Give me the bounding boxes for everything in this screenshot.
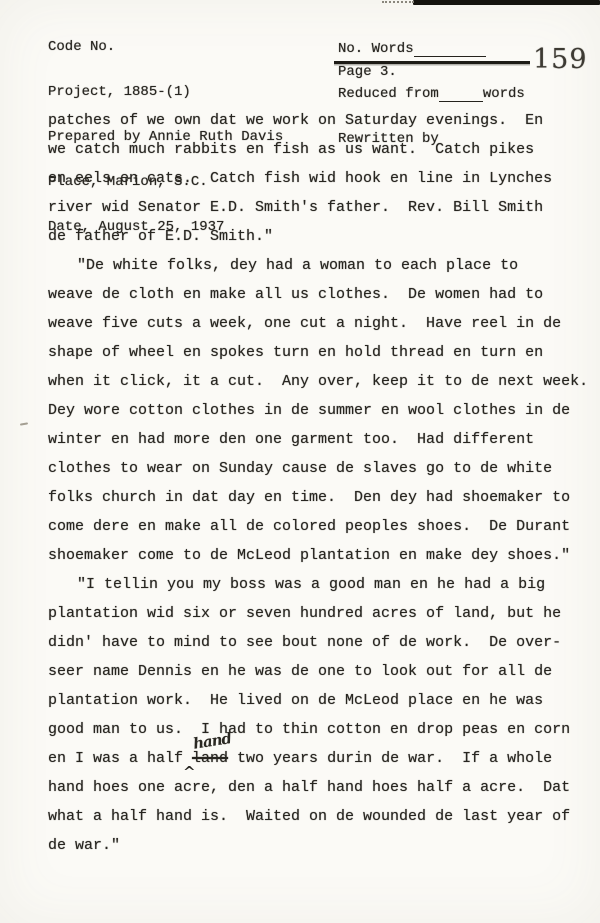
text-line: plantation wid six or seven hundred acre… xyxy=(48,599,593,628)
text-line: weave five cuts a week, one cut a night.… xyxy=(48,309,593,338)
handwritten-correction: hand xyxy=(191,724,233,759)
line-part: en I was a half xyxy=(48,750,192,767)
scan-artifact-margin-dash xyxy=(20,422,28,425)
scan-artifact-top-line xyxy=(413,0,600,5)
text-line: shape of wheel en spokes turn en hold th… xyxy=(48,338,593,367)
reduced-from-suffix: words xyxy=(483,87,525,102)
text-line: what a half hand is. Waited on de wounde… xyxy=(48,802,593,831)
page-label: Page 3. xyxy=(338,65,397,80)
text-line: winter en had more den one garment too. … xyxy=(48,425,593,454)
caret-mark: ^ xyxy=(183,758,196,787)
blank-fill-line xyxy=(414,43,486,57)
correction-wrap: handland^ xyxy=(192,744,228,773)
reduced-from-label: Reduced from xyxy=(338,87,439,102)
text-line: "I tellin you my boss was a good man en … xyxy=(48,570,593,599)
text-line: shoemaker come to de McLeod plantation e… xyxy=(48,541,593,570)
text-line: plantation work. He lived on de McLeod p… xyxy=(48,686,593,715)
text-line: "De white folks, dey had a woman to each… xyxy=(48,251,593,280)
scan-artifact-dotted-line xyxy=(382,1,414,3)
no-words-label: No. Words xyxy=(338,42,414,57)
text-line: when it click, it a cut. Any over, keep … xyxy=(48,367,593,396)
text-line: Dey wore cotton clothes in de summer en … xyxy=(48,396,593,425)
text-line: patches of we own dat we work on Saturda… xyxy=(48,106,593,135)
text-line: good man to us. I had to thin cotton en … xyxy=(48,715,593,744)
header-code-no: Code No. xyxy=(48,40,283,55)
text-line: river wid Senator E.D. Smith's father. R… xyxy=(48,193,593,222)
document-page: Code No. Project, 1885-(1) Prepared by A… xyxy=(0,0,600,923)
page-number-stamp: 159 xyxy=(533,44,588,75)
line-part: two years durin de war. If a whole xyxy=(228,750,552,767)
paragraph: "I tellin you my boss was a good man en … xyxy=(48,570,593,860)
text-line: en I was a half handland^ two years duri… xyxy=(48,744,593,773)
header-reduced-from-row: Reduced fromwords xyxy=(338,87,525,102)
document-body: patches of we own dat we work on Saturda… xyxy=(48,106,593,860)
paragraph: patches of we own dat we work on Saturda… xyxy=(48,106,593,251)
text-line: didn' have to mind to see bout none of d… xyxy=(48,628,593,657)
header-project: Project, 1885-(1) xyxy=(48,85,283,100)
text-line: weave de cloth en make all us clothes. D… xyxy=(48,280,593,309)
text-line: de war." xyxy=(48,831,593,860)
blank-fill-line xyxy=(439,88,483,102)
text-line: en eels en cats. Catch fish wid hook en … xyxy=(48,164,593,193)
text-line: we catch much rabbits en fish as us want… xyxy=(48,135,593,164)
paragraph: "De white folks, dey had a woman to each… xyxy=(48,251,593,570)
text-line: hand hoes one acre, den a half hand hoes… xyxy=(48,773,593,802)
text-line: de father of E.D. Smith." xyxy=(48,222,593,251)
text-line: come dere en make all de colored peoples… xyxy=(48,512,593,541)
text-line: folks church in dat day en time. Den dey… xyxy=(48,483,593,512)
header-no-words-row: No. Words xyxy=(338,42,525,57)
text-line: seer name Dennis en he was de one to loo… xyxy=(48,657,593,686)
text-line: clothes to wear on Sunday cause de slave… xyxy=(48,454,593,483)
